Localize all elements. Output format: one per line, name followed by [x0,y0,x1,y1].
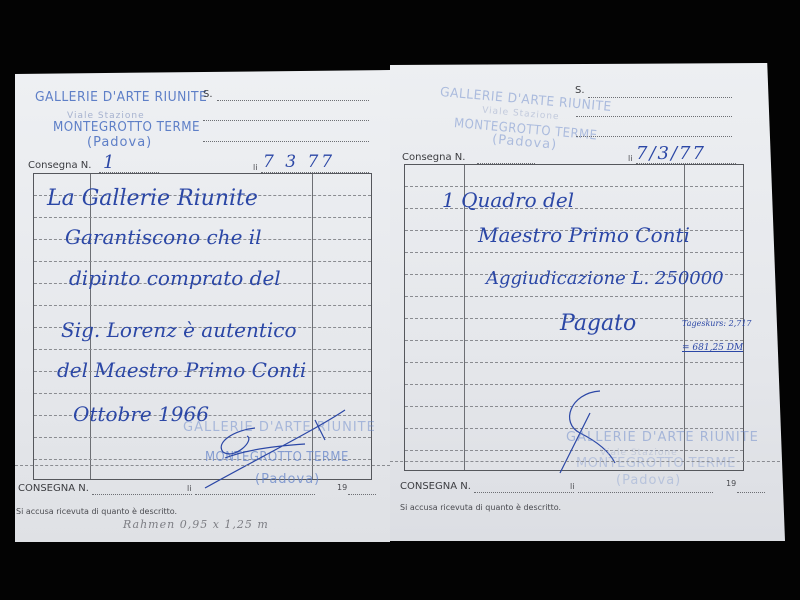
consegna-label: Consegna N. [28,160,91,171]
handwritten-line: La Gallerie Riunite [47,186,258,211]
address-line-2 [576,136,732,137]
handwritten-line: Maestro Primo Conti [478,223,690,247]
handwritten-line: dipinto comprato del [69,266,281,290]
paid-signature: Pagato [560,311,636,336]
footer-li: li [570,482,574,491]
footer-date-line [195,494,315,495]
handwritten-line: Aggiudicazione L. 250000 [486,268,724,289]
address-line-1 [203,120,369,121]
receipt-left: GALLERIE D'ARTE RIUNITE Viale Stazione M… [15,70,390,542]
gallery-stamp-name: GALLERIE D'ARTE RIUNITE [35,90,207,105]
footer-consegna-label: CONSEGNA N. [400,481,471,492]
gallery-stamp-province: (Padova) [87,135,152,150]
date-value: 7 3 77 [263,152,335,172]
field-s-line [588,97,732,98]
handwritten-line: Garantiscono che il [65,225,262,249]
footer-year-line [348,494,376,495]
date-prefix: li [253,163,257,172]
tear-line [390,461,785,462]
field-s-label: S. [575,85,585,96]
bottom-stamp-name: GALLERIE D'ARTE RIUNITE [566,430,759,445]
handwritten-line: Sig. Lorenz è autentico [61,318,297,342]
date-prefix: li [628,154,632,163]
footer-date-line [578,492,713,493]
handwritten-line: 1 Quadro del [442,188,574,212]
footer-consegna-line [474,492,574,493]
footer-year: 19 [726,479,736,488]
footer-li: li [187,484,191,493]
date-value: 7/3/77 [636,143,706,164]
pencil-frame-note: Rahmen 0,95 x 1,25 m [123,518,269,531]
footer-year: 19 [337,483,347,492]
footer-consegna-line [92,494,192,495]
field-s-line [217,100,369,101]
handwritten-line: del Maestro Primo Conti [57,358,306,382]
tear-line [15,465,390,466]
gallery-stamp-city: MONTEGROTTO TERME [53,120,200,135]
footer-receipt-text: Si accusa ricevuta di quanto è descritto… [400,503,561,512]
receipt-right: GALLERIE D'ARTE RIUNITE Viale Stazione M… [390,63,785,541]
address-line-2 [203,141,369,142]
field-s-label: S. [203,89,213,100]
consegna-number: 1 [103,152,114,173]
bottom-stamp-city: MONTEGROTTO TERME [576,456,736,471]
footer-year-line [737,492,765,493]
consegna-label: Consegna N. [402,152,465,163]
converted-amount-note: = 681,25 DM [682,343,743,353]
footer-consegna-label: CONSEGNA N. [18,483,89,494]
footer-receipt-text: Si accusa ricevuta di quanto è descritto… [16,507,177,516]
exchange-rate-note: Tageskurs: 2,717 [682,319,752,328]
signature-mark [195,400,355,490]
address-line-1 [576,116,732,117]
bottom-stamp-province: (Padova) [616,473,681,488]
